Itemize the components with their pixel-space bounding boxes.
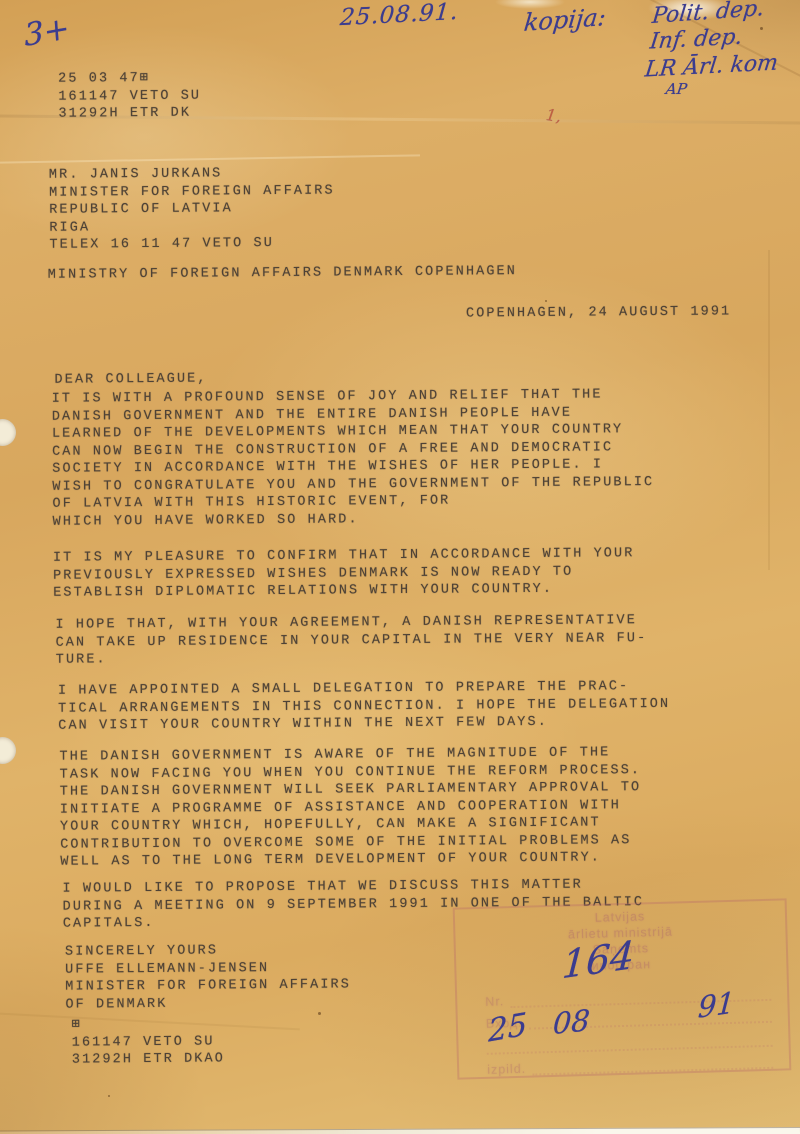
routing-ap: AP: [665, 80, 688, 98]
telex-footer: ⊞ 161147 VETO SU 31292H ETR DKAO: [72, 1015, 225, 1069]
signature-block: SINCERELY YOURS UFFE ELLEMANN-JENSEN MIN…: [65, 941, 351, 1013]
registration-month-handwriting: 08: [552, 1003, 591, 1041]
stamp-dotted-line: [486, 1033, 772, 1055]
paragraph-4: I HAVE APPOINTED A SMALL DELEGATION TO P…: [58, 678, 670, 735]
routing-inf-dep: Inf. dep.: [649, 24, 744, 54]
paragraph-3: I HOPE THAT, WITH YOUR AGREEMENT, A DANI…: [55, 612, 647, 669]
stamp-dotted-row: [486, 1033, 772, 1055]
paragraph-5: THE DANISH GOVERNMENT IS AWARE OF THE MA…: [59, 744, 641, 871]
salutation: DEAR COLLEAGUE,: [54, 371, 207, 390]
paragraph-2: IT IS MY PLEASURE TO CONFIRM THAT IN ACC…: [53, 545, 635, 602]
recipient-address: MR. JANIS JURKANS MINISTER FOR FOREIGN A…: [49, 165, 335, 255]
registration-year-handwriting: 91: [697, 985, 736, 1025]
kopija-label-handwriting: kopija:: [523, 3, 608, 37]
sender-line: MINISTRY OF FOREIGN AFFAIRS DENMARK COPE…: [48, 263, 517, 284]
dateline: COPENHAGEN, 24 AUGUST 1991: [466, 303, 731, 323]
scanned-letter-page: { "page_title": "Telex letter — Ministry…: [0, 0, 800, 1134]
registration-day-handwriting: 25: [488, 1006, 527, 1049]
receipt-stamp: Latvijas ārlietu ministrijā Saņemts инос…: [453, 898, 792, 1079]
red-margin-mark: 1,: [545, 105, 563, 126]
paragraph-1: IT IS WITH A PROFOUND SENSE OF JOY AND R…: [52, 386, 655, 531]
telex-header: 25 03 47⊞ 161147 VETO SU 31292H ETR DK: [58, 70, 201, 124]
stamp-field-nr-label: Nr.: [485, 994, 504, 1009]
stamp-field-izpild-label: izpild.: [487, 1062, 526, 1077]
